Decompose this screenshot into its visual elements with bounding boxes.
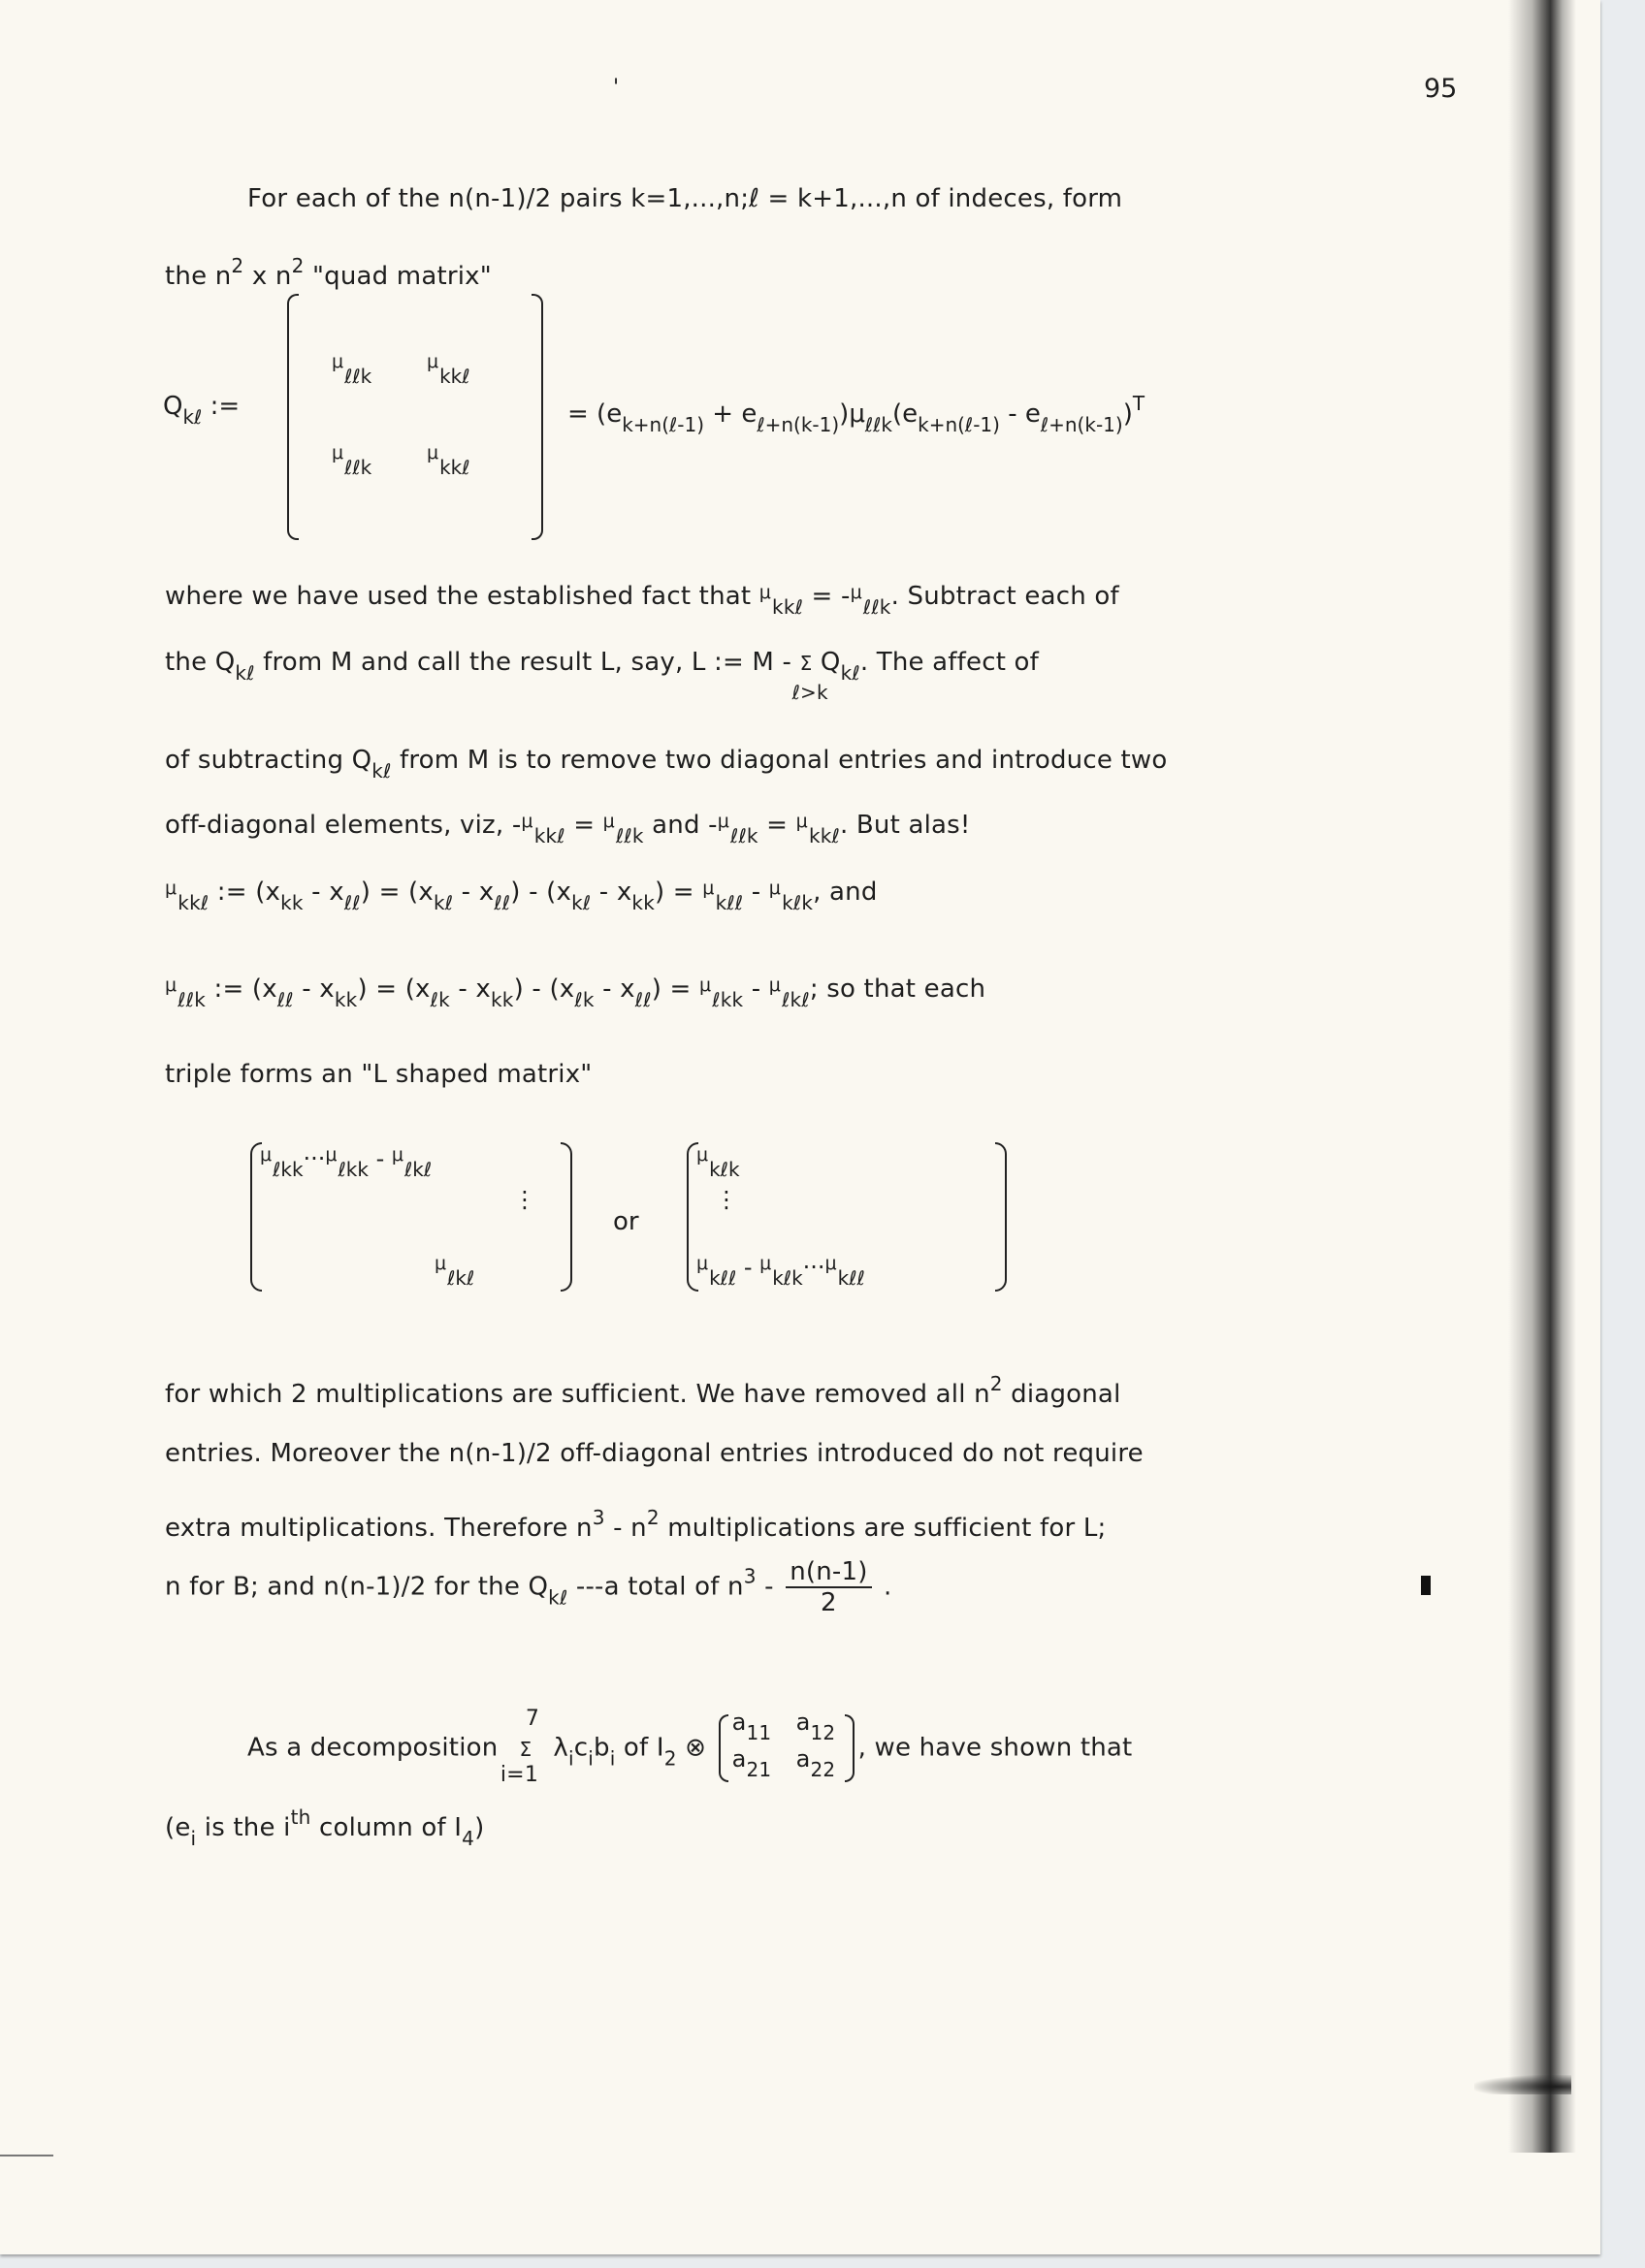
para4-line2: (ei is the ith column of I4) [165, 1805, 484, 1850]
or-label: or [613, 1207, 639, 1236]
para2-line4: off-diagonal elements, viz, -μkkℓ = μℓℓk… [165, 811, 971, 847]
lmatrix-right-bottom-row: μkℓℓ - μkℓk···μkℓℓ [696, 1253, 865, 1290]
para3-line3: extra multiplications. Therefore n3 - n2… [165, 1506, 1106, 1543]
summation: Σ7i=1 [506, 1734, 545, 1763]
para4-line1: As a decomposition Σ7i=1 λicibi of I2 ⊗ … [247, 1714, 1132, 1782]
binding-shadow-foot [1474, 2075, 1571, 2094]
lmatrix-right-top: μkℓk [696, 1144, 740, 1181]
quad-cell-22: μkkℓ [427, 442, 470, 479]
lmatrix-left-bottom: μℓkℓ [435, 1253, 474, 1290]
quad-cell-12: μkkℓ [427, 351, 470, 388]
triple-line: triple forms an "L shaped matrix" [165, 1060, 592, 1089]
document-page: ' 95 For each of the n(n-1)/2 pairs k=1,… [0, 0, 1600, 2254]
equation-mu-kkl: μkkℓ := (xkk - xℓℓ) = (xkℓ - xℓℓ) - (xkℓ… [165, 878, 878, 914]
para3-line4: n for B; and n(n-1)/2 for the Qkℓ ---a t… [165, 1557, 892, 1617]
para2-line1: where we have used the established fact … [165, 582, 1119, 619]
para3-line1: for which 2 multiplications are sufficie… [165, 1372, 1121, 1409]
para3-line2: entries. Moreover the n(n-1)/2 off-diago… [165, 1439, 1144, 1468]
lmatrix-left-top-row: μℓkk···μℓkk - μℓkℓ [260, 1144, 432, 1181]
quad-matrix-left-bracket [287, 294, 299, 540]
stray-mark: ' [613, 76, 619, 100]
quad-cell-21: μℓℓk [332, 442, 371, 479]
lmatrix-right-close-bracket [995, 1142, 1007, 1292]
equation-mu-llk: μℓℓk := (xℓℓ - xkk) = (xℓk - xkk) - (xℓk… [165, 974, 985, 1011]
page-number: 95 [1424, 74, 1457, 104]
quad-matrix-rhs: = (ek+n(ℓ-1) + eℓ+n(k-1))μℓℓk(ek+n(ℓ-1) … [567, 392, 1145, 436]
para1-line1: For each of the n(n-1)/2 pairs k=1,...,n… [247, 184, 1122, 213]
edge-mark [0, 2155, 53, 2156]
fraction: n(n-1)2 [786, 1557, 871, 1617]
lmatrix-left-vdots: ⋮ [513, 1193, 523, 1206]
lmatrix-left-close-bracket [561, 1142, 572, 1292]
para2-line2: the Qkℓ from M and call the result L, sa… [165, 648, 1039, 685]
binding-shadow [1508, 0, 1576, 2153]
para1-line2: the n2 x n2 "quad matrix" [165, 254, 492, 291]
quad-cell-11: μℓℓk [332, 351, 371, 388]
a-matrix: a11a12a21a22 [719, 1714, 855, 1782]
para2-line3: of subtracting Qkℓ from M is to remove t… [165, 746, 1167, 783]
quad-matrix-label: Qkℓ := [163, 392, 240, 429]
quad-matrix-right-bracket [532, 294, 543, 540]
qed-mark [1421, 1576, 1431, 1595]
lmatrix-right-vdots: ⋮ [715, 1193, 725, 1206]
